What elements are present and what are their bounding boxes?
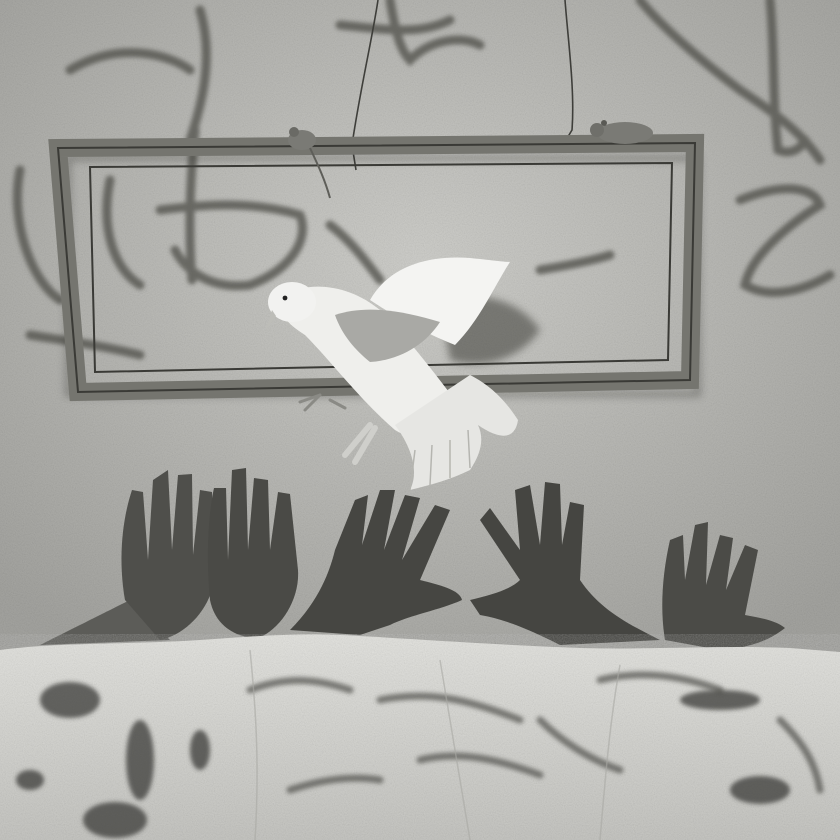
photograph	[0, 0, 840, 840]
stained-sheet	[0, 634, 840, 840]
photo-canvas	[0, 0, 840, 840]
hand-2	[208, 468, 298, 638]
